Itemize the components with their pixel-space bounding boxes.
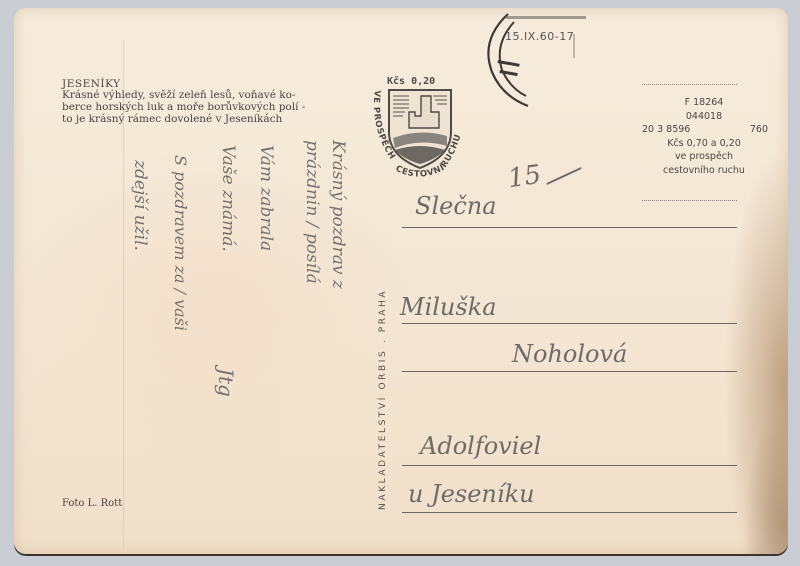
address-street: Adolfoviel [420, 432, 541, 460]
pub-number: 044018 [638, 110, 770, 124]
stamp-value: Kčs 0,20 [387, 75, 435, 87]
caption-line: Krásné výhledy, svěží zeleň lesů, voňavé… [62, 89, 352, 101]
postmark [478, 10, 598, 110]
message-line: S pozdravem za / vaši [171, 155, 190, 331]
address-line [402, 465, 737, 466]
publisher-imprint: NAKLADATELSTVÍ ORBIS . PRAHA [378, 289, 388, 510]
address-line [402, 371, 737, 372]
message-line: zdejší užil. [130, 160, 150, 251]
address-line [402, 323, 737, 324]
photo-credit: Foto L. Rott [62, 498, 122, 509]
pub-series: 20 3 8596 [642, 123, 690, 137]
message-line: prázdnin / posílá [302, 140, 322, 284]
dotted-divider [642, 200, 737, 201]
pub-code: F 18264 [638, 96, 770, 110]
handwritten-note: 15 [506, 160, 543, 194]
caption-line: to je krásný rámec dovolené v Jeseníkách [62, 113, 352, 125]
message-line: Vaše známá. [218, 145, 238, 252]
postmark-date: 15.IX.60-17 [505, 30, 574, 43]
pub-line1: ve prospěch [638, 150, 770, 164]
address-line [402, 227, 737, 228]
address-recipient-first-name: Miluška [400, 293, 497, 321]
address-line [402, 512, 737, 513]
pub-price: Kčs 0,70 a 0,20 [638, 137, 770, 151]
castle-icon: Kčs 0,20 VE PROSPĚCH CESTOVNÍHO RUCHU [365, 72, 475, 182]
pub-series-row: 20 3 8596 760 [638, 123, 770, 137]
signature: Jtg [214, 368, 238, 397]
message-line: Vám zabrala [256, 145, 276, 251]
address-recipient-title: Slečna [415, 192, 497, 220]
postage-stamp: Kčs 0,20 VE PROSPĚCH CESTOVNÍHO RUCHU [365, 72, 475, 182]
address-city: u Jeseníku [408, 480, 535, 508]
caption-line: berce horských luk a moře borůvkových po… [62, 101, 352, 113]
message-line: Krásný pozdrav z [328, 140, 348, 289]
pub-line2: cestovního ruchu [638, 164, 770, 178]
pub-series-suffix: 760 [750, 123, 768, 137]
publication-info: F 18264 044018 20 3 8596 760 Kčs 0,70 a … [638, 96, 770, 177]
caption-body: Krásné výhledy, svěží zeleň lesů, voňavé… [62, 89, 352, 125]
address-recipient-last-name: Noholová [512, 340, 627, 368]
dotted-divider [642, 84, 737, 85]
